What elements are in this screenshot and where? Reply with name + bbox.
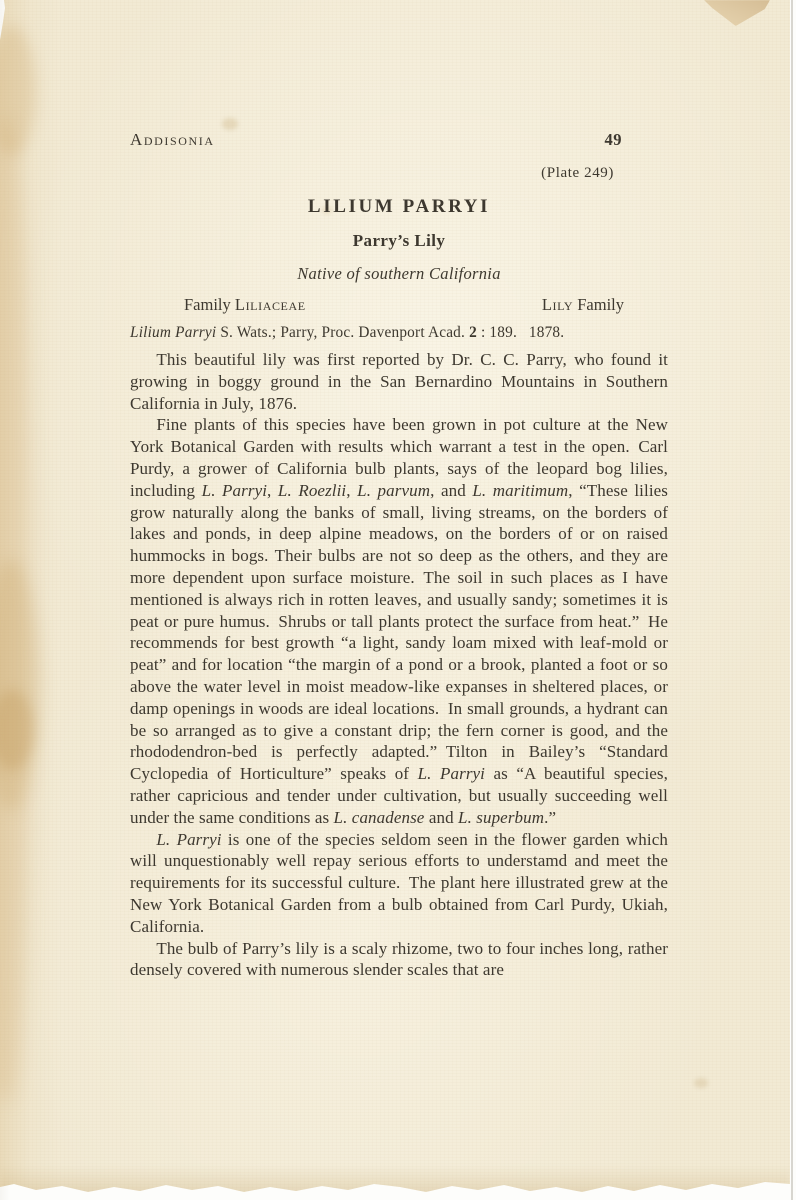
paper-stain-left-dark xyxy=(0,690,34,770)
plate-label: (Plate 249) xyxy=(130,165,668,182)
citation-line: Lilium Parryi S. Wats.; Parry, Proc. Dav… xyxy=(130,324,668,342)
body-paragraph: Fine plants of this species have been gr… xyxy=(130,414,668,828)
body-paragraph: L. Parryi is one of the species seldom s… xyxy=(130,829,668,938)
corner-fold xyxy=(704,0,770,26)
article-body: This beautiful lily was first reported b… xyxy=(130,349,668,981)
body-paragraph: This beautiful lily was first reported b… xyxy=(130,349,668,414)
running-header: Addisonia 49 xyxy=(130,130,668,150)
article-subtitle: Parry’s Lily xyxy=(130,231,668,251)
paper-stain-left-band xyxy=(0,120,30,1100)
family-latin: Family Liliaceae xyxy=(184,295,306,315)
paper-speck xyxy=(222,118,238,130)
page-number: 49 xyxy=(605,130,623,150)
scan-edge-line xyxy=(791,0,793,1200)
deckle-edge-shade xyxy=(0,1166,790,1194)
origin-line: Native of southern California xyxy=(130,264,668,284)
journal-title: Addisonia xyxy=(130,130,215,150)
article-title: LILIUM PARRYI xyxy=(130,196,668,218)
scanned-page: Addisonia 49 (Plate 249) LILIUM PARRYI P… xyxy=(0,0,796,1200)
family-common: Lily Family xyxy=(542,295,624,315)
paper-stain-left-blob xyxy=(0,560,40,810)
book-page: Addisonia 49 (Plate 249) LILIUM PARRYI P… xyxy=(0,0,790,1194)
paper-stain-top-left xyxy=(0,26,36,156)
family-line: Family Liliaceae Lily Family xyxy=(130,295,668,315)
paper-speck xyxy=(694,1078,708,1088)
body-paragraph: The bulb of Parry’s lily is a scaly rhiz… xyxy=(130,938,668,982)
